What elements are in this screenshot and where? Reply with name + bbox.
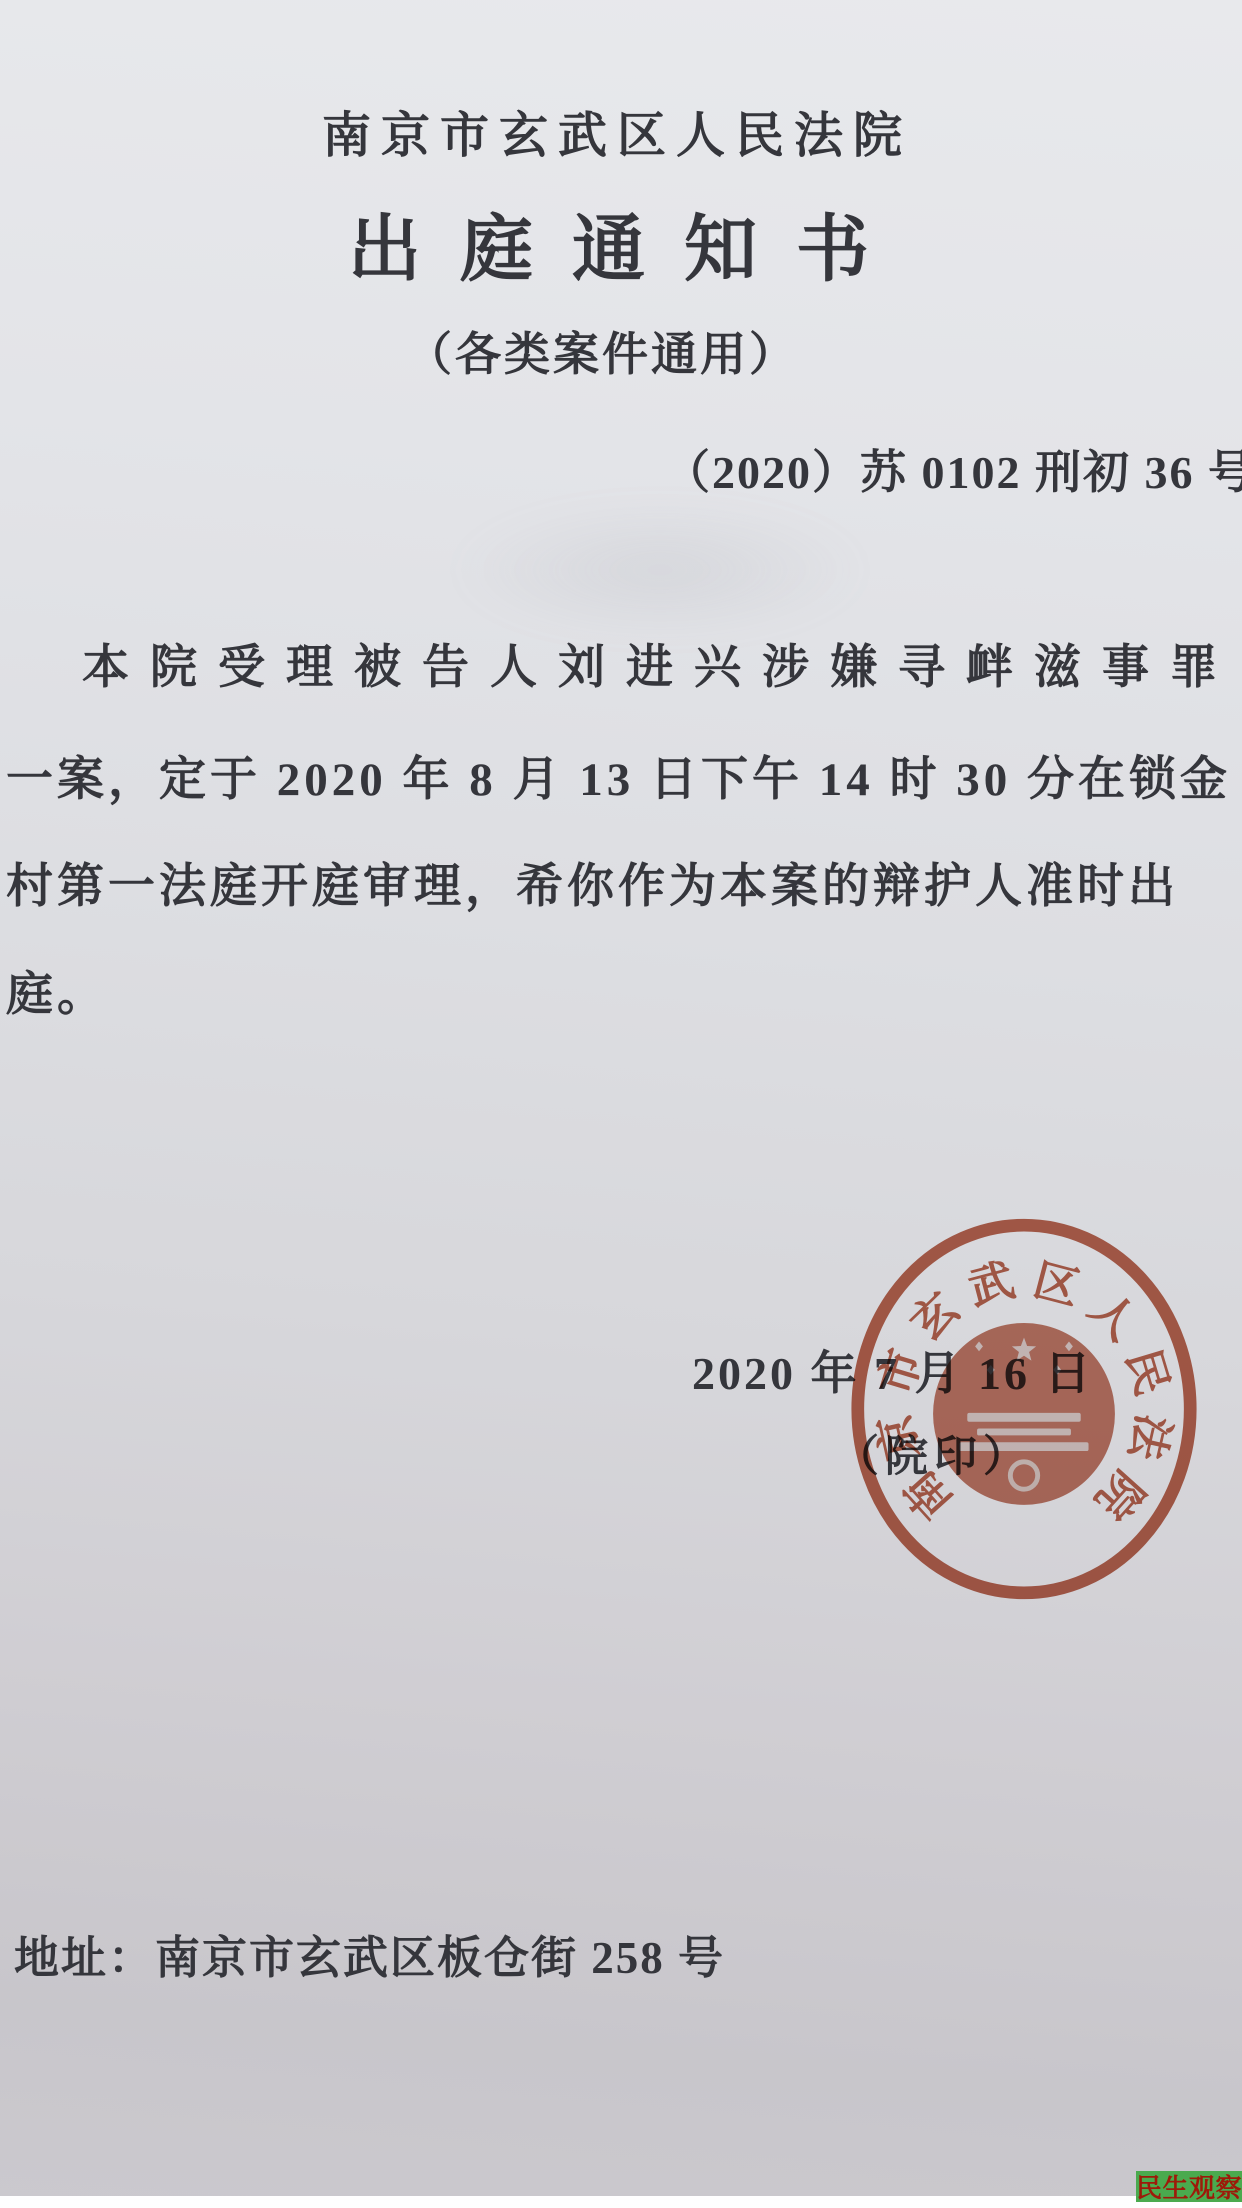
svg-text:南: 南 <box>895 1461 962 1528</box>
svg-text:武: 武 <box>963 1255 1019 1315</box>
svg-text:市: 市 <box>871 1343 932 1400</box>
court-address: 地址：南京市玄武区板仓街 258 号 <box>14 1921 725 1986</box>
watermark-text: 民生观察 <box>1136 2168 1242 2205</box>
body-line: 本院受理被告人刘进兴涉嫌寻衅滋事罪 <box>82 630 1238 697</box>
emblem-gate-bar <box>967 1413 1080 1422</box>
svg-text:玄: 玄 <box>901 1283 968 1350</box>
emblem-gate-bar <box>959 1442 1088 1451</box>
svg-text:民: 民 <box>1117 1343 1178 1400</box>
document-title: 出庭通知书 <box>348 190 908 295</box>
svg-text:人: 人 <box>1080 1283 1147 1350</box>
document-subtitle: （各类案件通用） <box>406 318 798 384</box>
court-seal-icon: 南京市玄武区人民法院 <box>848 1210 1200 1608</box>
svg-text:法: 法 <box>1120 1410 1179 1466</box>
body-line: 庭。 <box>6 957 108 1024</box>
paper-crease <box>420 490 900 650</box>
svg-text:区: 区 <box>1028 1255 1084 1315</box>
svg-text:京: 京 <box>869 1410 928 1465</box>
watermark-badge: 民生观察 <box>1136 2171 1242 2202</box>
document-photo: 南京市玄武区人民法院 出庭通知书 （各类案件通用） （2020）苏 0102 刑… <box>0 0 1242 2208</box>
svg-text:院: 院 <box>1086 1461 1153 1528</box>
case-number: （2020）苏 0102 刑初 36 号 <box>664 436 1242 502</box>
court-name: 南京市玄武区人民法院 <box>322 97 912 167</box>
body-line: 一案，定于 2020 年 8 月 13 日下午 14 时 30 分在锁金 <box>6 742 1231 809</box>
photo-bottom-edge <box>0 2196 1242 2208</box>
emblem-gate-bar <box>977 1429 1071 1436</box>
body-line: 村第一法庭开庭审理，希你作为本案的辩护人准时出 <box>6 849 1179 916</box>
national-emblem-icon <box>933 1323 1115 1505</box>
